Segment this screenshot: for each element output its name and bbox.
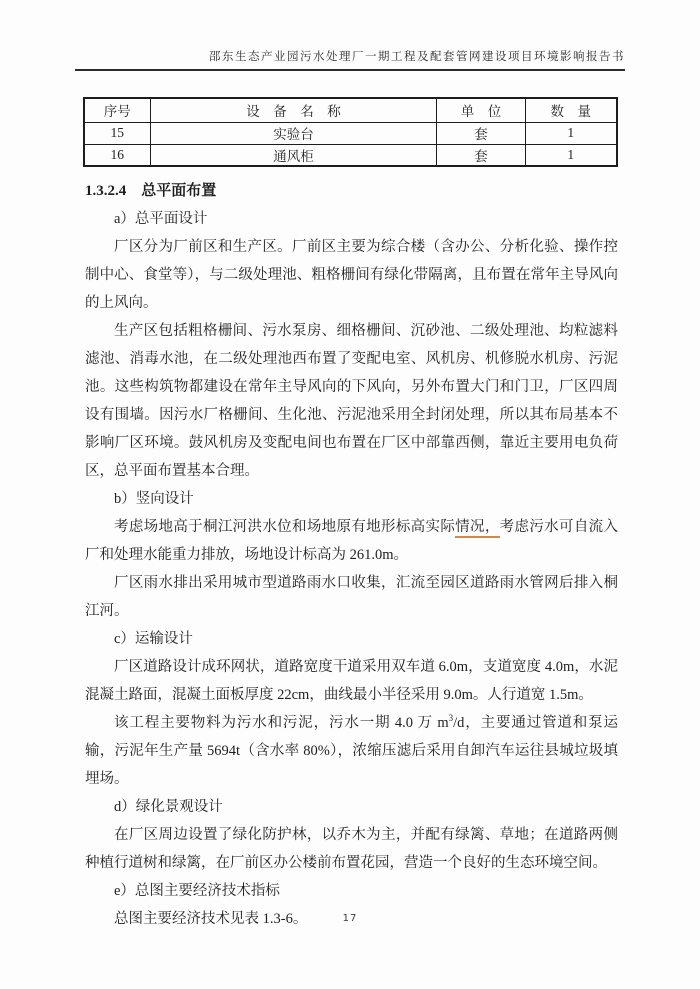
equipment-table: 序号设 备 名 称单 位数 量 15实验台套116通风柜套1: [83, 97, 618, 167]
text-segment: 1.3.2.4 总平面布置: [85, 183, 216, 199]
paragraph: 厂区雨水排出采用城市型道路雨水口收集，汇流至园区道路雨水管网后排入桐江河。: [85, 569, 618, 625]
text-segment: b）竖向设计: [114, 491, 194, 507]
text-segment: d）绿化景观设计: [114, 799, 223, 815]
table-row: 15实验台套1: [84, 122, 617, 144]
subsection-heading: b）竖向设计: [85, 485, 618, 513]
table-cell: 实验台: [151, 122, 437, 144]
text-segment: c）运输设计: [114, 631, 193, 647]
paragraph: 该工程主要物料为污水和污泥，污水一期 4.0 万 m3/d，主要通过管道和泵运输…: [85, 709, 618, 793]
page-header: 邵东生态产业园污水处理厂一期工程及配套管网建设项目环境影响报告书: [0, 0, 700, 71]
table-cell: 套: [437, 122, 526, 144]
column-header: 数 量: [526, 98, 617, 122]
subsection-heading: e）总图主要经济技术指标: [85, 877, 618, 905]
text-segment: 厂区道路设计成环网状，道路宽度干道采用双车道 6.0m，支道宽度 4.0m，水泥…: [85, 659, 618, 703]
paragraph: 厂区道路设计成环网状，道路宽度干道采用双车道 6.0m，支道宽度 4.0m，水泥…: [85, 653, 618, 709]
paragraph: 厂区分为厂前区和生产区。厂前区主要为综合楼（含办公、分析化验、操作控制中心、食堂…: [85, 233, 618, 317]
text-segment: e）总图主要经济技术指标: [114, 883, 280, 899]
text-segment: 考虑场地高于桐江河洪水位和场地原有地形标高实际: [114, 519, 455, 535]
header-rule: [75, 69, 625, 71]
running-header-title: 邵东生态产业园污水处理厂一期工程及配套管网建设项目环境影响报告书: [0, 0, 700, 64]
paragraph: 生产区包括粗格栅间、污水泵房、细格栅间、沉砂池、二级处理池、均粒滤料滤池、消毒水…: [85, 317, 618, 485]
table-cell: 套: [437, 144, 526, 166]
table-header-row: 序号设 备 名 称单 位数 量: [84, 98, 617, 122]
text-segment: 在厂区周边设置了绿化防护林，以乔木为主，并配有绿篱、草地；在道路两侧种植行道树和…: [85, 827, 618, 871]
table-cell: 通风柜: [151, 144, 437, 166]
column-header: 单 位: [437, 98, 526, 122]
subsection-heading: a）总平面设计: [85, 205, 618, 233]
column-header: 设 备 名 称: [151, 98, 437, 122]
page-number: 17: [343, 913, 358, 924]
subsection-heading: d）绿化景观设计: [85, 793, 618, 821]
section-heading: 1.3.2.4 总平面布置: [85, 177, 618, 205]
column-header: 序号: [84, 98, 151, 122]
table-cell: 16: [84, 144, 151, 166]
grammar-underlined-text: 情况，: [455, 519, 500, 538]
page-footer: 17: [0, 913, 700, 924]
text-segment: 生产区包括粗格栅间、污水泵房、细格栅间、沉砂池、二级处理池、均粒滤料滤池、消毒水…: [85, 323, 618, 479]
text-segment: 厂区雨水排出采用城市型道路雨水口收集，汇流至园区道路雨水管网后排入桐江河。: [85, 575, 618, 619]
table-cell: 1: [526, 144, 617, 166]
table-cell: 1: [526, 122, 617, 144]
subsection-heading: c）运输设计: [85, 625, 618, 653]
text-segment: 该工程主要物料为污水和污泥，污水一期 4.0 万 m: [114, 715, 449, 731]
document-body: 1.3.2.4 总平面布置a）总平面设计厂区分为厂前区和生产区。厂前区主要为综合…: [85, 177, 618, 933]
document-page: 邵东生态产业园污水处理厂一期工程及配套管网建设项目环境影响报告书 序号设 备 名…: [0, 0, 700, 989]
paragraph: 考虑场地高于桐江河洪水位和场地原有地形标高实际情况，考虑污水可自流入厂和处理水能…: [85, 513, 618, 569]
table-row: 16通风柜套1: [84, 144, 617, 166]
table-cell: 15: [84, 122, 151, 144]
text-segment: a）总平面设计: [114, 211, 207, 227]
paragraph: 在厂区周边设置了绿化防护林，以乔木为主，并配有绿篱、草地；在道路两侧种植行道树和…: [85, 821, 618, 877]
text-segment: 厂区分为厂前区和生产区。厂前区主要为综合楼（含办公、分析化验、操作控制中心、食堂…: [85, 239, 618, 311]
